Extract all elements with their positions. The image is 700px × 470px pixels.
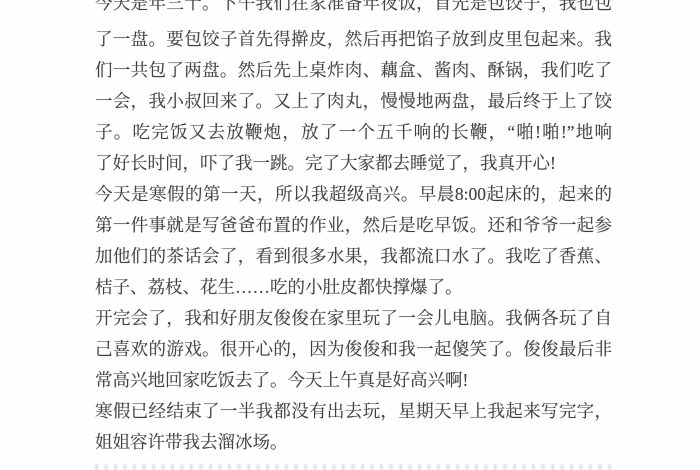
text-line: 姐姐容许带我去溜冰场。 [95, 427, 612, 458]
essay-page: 今天是年三十。下午我们在家准备年夜饭，首先是包饺子，我也包 了一盘。要包饺子首先… [0, 0, 700, 470]
text-line: 第一件事就是写爸爸布置的作业，然后是吃早饭。还和爷爷一起参 [95, 210, 612, 241]
text-line: 了一盘。要包饺子首先得擀皮，然后再把馅子放到皮里包起来。我 [95, 24, 612, 55]
text-line: 子。吃完饭又去放鞭炮，放了一个五千响的长鞭，“啪!啪!”地响 [95, 117, 612, 148]
text-line: 寒假已经结束了一半我都没有出去玩，星期天早上我起来写完字， [95, 396, 612, 427]
text-line: 开完会了，我和好朋友俊俊在家里玩了一会儿电脑。我俩各玩了自 [95, 303, 612, 334]
text-line: 今天是寒假的第一天，所以我超级高兴。早晨8:00起床的，起来的 [95, 179, 612, 210]
cropped-line-fragment-bottom [95, 464, 611, 470]
text-block: 了一盘。要包饺子首先得擀皮，然后再把馅子放到皮里包起来。我 们一共包了两盘。然后… [95, 24, 612, 458]
text-line: 加他们的茶话会了，看到很多水果，我都流口水了。我吃了香蕉、 [95, 241, 612, 272]
text-line: 己喜欢的游戏。很开心的，因为俊俊和我一起傻笑了。俊俊最后非 [95, 334, 612, 365]
text-line: 常高兴地回家吃饭去了。今天上午真是好高兴啊! [95, 365, 612, 396]
text-line-cropped-top: 今天是年三十。下午我们在家准备年夜饭，首先是包饺子，我也包 [95, 0, 612, 19]
text-line: 了好长时间，吓了我一跳。完了大家都去睡觉了，我真开心! [95, 148, 612, 179]
text-line: 们一共包了两盘。然后先上桌炸肉、藕盒、酱肉、酥锅，我们吃了 [95, 55, 612, 86]
text-line: 桔子、荔枝、花生……吃的小肚皮都快撑爆了。 [95, 272, 612, 303]
text-line: 一会，我小叔回来了。又上了肉丸，慢慢地两盘，最后终于上了饺 [95, 86, 612, 117]
